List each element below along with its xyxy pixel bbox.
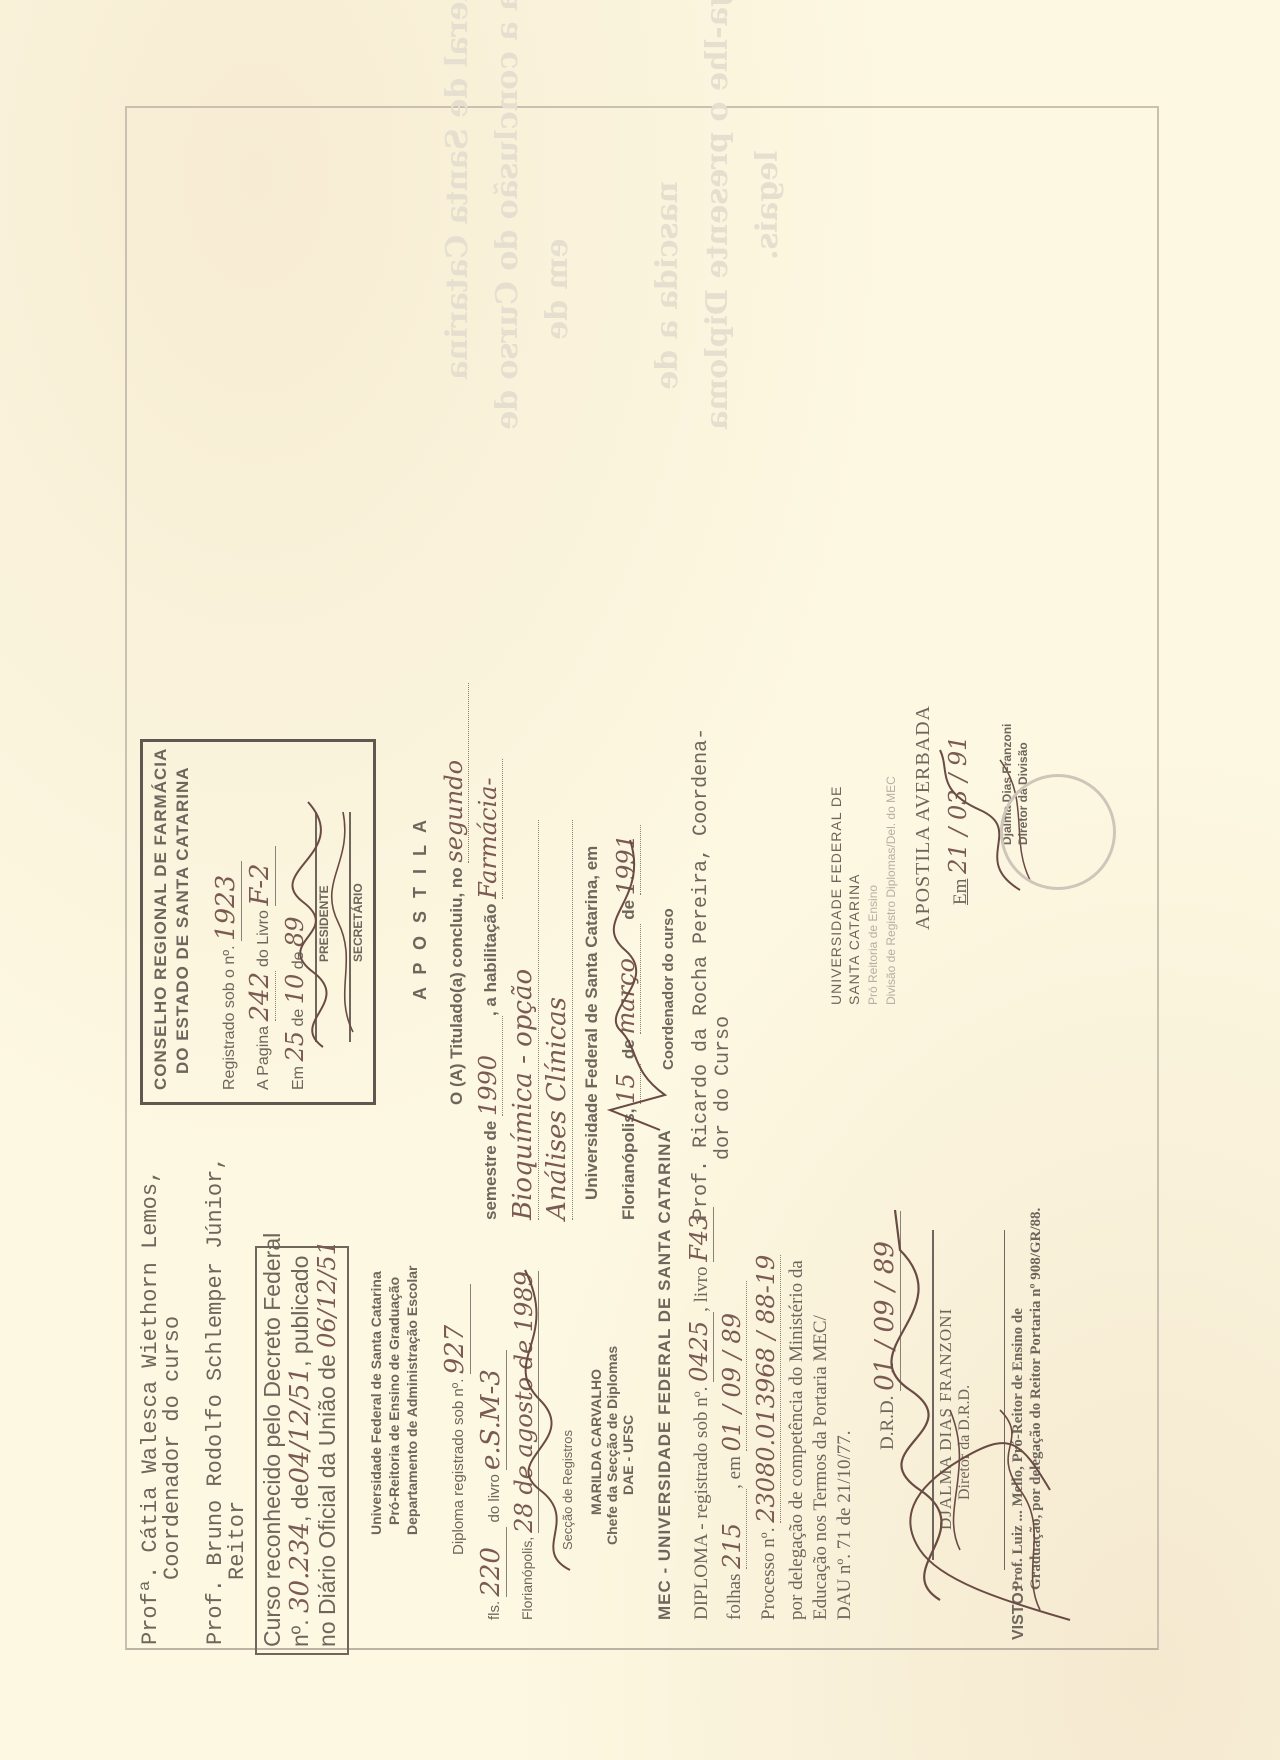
dou-date: 06/12/51 (313, 1240, 341, 1348)
crf-page-line: A Pagina 242 do Livro F-2 (245, 846, 276, 1090)
em-value: 01 / 09 / 89 (718, 1281, 747, 1451)
published-label: , publicado (287, 1256, 313, 1367)
fls-value: 220 (476, 1527, 507, 1597)
semester-year: 1990 (474, 1016, 503, 1116)
rotated-document-canvas: O Reitor da Universidade Federal de Sant… (0, 0, 1280, 1760)
bleed-line: legais. (750, 150, 785, 260)
crf-registered-line: Registrado sob o nº. 1923 (211, 861, 242, 1090)
crf-registration-box: CONSELHO REGIONAL DE FARMÁCIA DO ESTADO … (140, 739, 376, 1105)
apostila-university: Universidade Federal de Santa Catarina, … (582, 846, 602, 1200)
mec-diploma-number: 0425 (685, 1312, 714, 1382)
registered-number: 1923 (211, 861, 242, 941)
official-seal-stamp (1000, 774, 1116, 890)
course-recognition-box: Curso reconhecido pelo Decreto Federal n… (255, 1246, 349, 1655)
delegation-line-3: DAU nº. 71 de 21/10/77. (834, 1430, 856, 1620)
averb-org-2: SANTA CATARINA (846, 874, 862, 1005)
page-number: 242 (245, 971, 276, 1021)
ufsc-diploma-line: Diploma registrado sob nº. 927 (440, 1284, 471, 1555)
recognition-line-3: no Diário Oficial da União de 06/12/51 (313, 1240, 341, 1647)
fls-label: fls. (486, 1601, 503, 1620)
decree-number: 30.234 (285, 1522, 315, 1613)
mec-diploma-label: DIPLOMA - registrado sob nº. (691, 1387, 712, 1620)
visto-signature-icon (880, 1400, 1080, 1640)
rector-name: Prof. Bruno Rodolfo Schlemper Júnior, (205, 1157, 227, 1645)
bleed-line: nascida a de (650, 181, 685, 390)
registered-label: Registrado sob o nº. (221, 945, 238, 1090)
crf-title-1: CONSELHO REGIONAL DE FARMÁCIA (151, 748, 171, 1090)
em-label: , em (724, 1456, 745, 1489)
ufsc-signature-icon (520, 1260, 590, 1580)
apostila-title: A P O S T I L A (410, 816, 431, 1000)
decree-label: nº. (287, 1619, 313, 1647)
coordinator-signature-icon (600, 820, 680, 1140)
delegation-line-2: Educação nos Termos da Portaria MEC/ (810, 1315, 832, 1620)
decree-date-label: , de (287, 1484, 313, 1522)
folhas-value: 215 (718, 1489, 747, 1569)
page-label: A Pagina (255, 1026, 272, 1090)
ufsc-header-2: Pró-Reitoria de Ensino de Graduação (386, 1277, 402, 1525)
book-value: e.S.M-3 (476, 1350, 507, 1470)
processo-label: Processo nº. (758, 1528, 779, 1620)
mec-folhas-line: folhas 215, em 01 / 09 / 89 (718, 1281, 747, 1620)
coordinator-name: Profª. Cátia Walesca Wiethorn Lemos, (140, 1170, 162, 1645)
book-label: do Livro (255, 910, 272, 967)
coordinator-role: Coordenador do curso (162, 1316, 184, 1580)
bleed-line: O Reitor da Universidade Federal de Sant… (440, 0, 475, 380)
averb-org-4: Divisão de Registro Diplomas/Del. do MEC (884, 776, 898, 1005)
apostila-coordinator-name-2: dor do Curso (712, 1016, 735, 1160)
decree-date: 04/12/51 (285, 1367, 315, 1484)
concluded-label: O (A) Titulado(a) concluiu, no (447, 867, 466, 1105)
habilitation-value: Farmácia- (474, 759, 503, 899)
rector-role: Reitor (227, 1501, 249, 1580)
book-number: F-2 (245, 846, 276, 906)
semester-label: semestre de (481, 1121, 500, 1220)
habilitation-value-2: Bioquímica - opção (508, 820, 539, 1220)
mec-processo-line: Processo nº. 23080.013968 / 88-19 (752, 1255, 781, 1620)
averb-org-1: UNIVERSIDADE FEDERAL DE (828, 786, 844, 1005)
diploma-number: 927 (440, 1284, 471, 1374)
delegation-line-1: por delegação de competência do Ministér… (786, 1260, 808, 1620)
recognition-line-1: Curso reconhecido pelo Decreto Federal (259, 1233, 286, 1647)
crf-signature-icon (283, 792, 363, 1052)
mec-diploma-line: DIPLOMA - registrado sob nº. 0425, livro… (685, 1207, 714, 1620)
mec-header: MEC - UNIVERSIDADE FEDERAL DE SANTA CATA… (655, 1129, 675, 1620)
date-label: Em (290, 1066, 307, 1090)
semester-value: segundo (440, 683, 469, 863)
ufsc-fls-line: fls. 220 do livro e.S.M-3 (476, 1350, 507, 1620)
chief-role: Chefe da Secção de Diplomas (604, 1346, 620, 1545)
processo-value: 23080.013968 / 88-19 (752, 1255, 781, 1523)
book-label: do livro (486, 1474, 503, 1522)
habilitation-label: , a habilitação (481, 904, 500, 1016)
apostila-coordinator-name: Prof. Ricardo da Rocha Pereira, Coordena… (690, 728, 713, 1220)
bleed-line: em de (540, 239, 575, 340)
recognition-line-2: nº. 30.234, de04/12/51, publicado (285, 1256, 315, 1647)
averb-org-3: Pró Reitoria de Ensino (866, 885, 880, 1005)
habilitation-value-3: Análises Clínicas (542, 820, 573, 1220)
chief-dept: DAE - UFSC (620, 1415, 636, 1495)
diploma-label: Diploma registrado sob nº. (450, 1379, 467, 1555)
dou-label: no Diário Oficial da União de (314, 1354, 340, 1647)
bleed-line: vista a conclusão do Curso de (490, 0, 525, 430)
chief-name: MARILDA CARVALHO (588, 1369, 604, 1515)
bleed-line: e outorga-lhe o presente Diploma (700, 0, 735, 430)
apostila-line-1: O (A) Titulado(a) concluiu, no segundo (440, 683, 469, 1105)
folhas-label: folhas (724, 1574, 745, 1620)
ufsc-header-3: Departamento de Administração Escolar (404, 1266, 420, 1535)
crf-title-2: DO ESTADO DE SANTA CATARINA (173, 767, 193, 1075)
apostila-line-2: semestre de 1990, a habilitação Farmácia… (474, 759, 503, 1220)
mec-book-label: , livro (691, 1267, 712, 1312)
ufsc-header-1: Universidade Federal de Santa Catarina (368, 1271, 384, 1535)
